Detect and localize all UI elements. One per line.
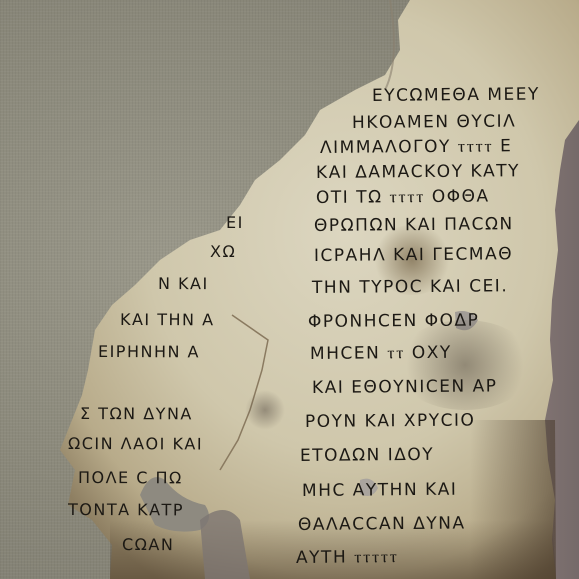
text-line: ΕΙ bbox=[226, 213, 244, 232]
text-line: ΟΤΙ ΤΩ ⲧⲧⲧⲧ ΟΦΘΑ bbox=[316, 186, 490, 208]
text-line: ΜΗC ΑΥΤΗΝ ΚΑΙ bbox=[302, 480, 457, 501]
text-line: ΙCΡΑΗΛ ΚΑΙ ΓΕCΜΑΘ bbox=[314, 244, 513, 266]
text-line: ΑΥΤΗ ⲧⲧⲧⲧⲧ bbox=[296, 547, 399, 568]
text-line: ΧΩ bbox=[210, 242, 236, 261]
text-line: Σ ΤΩΝ ΔΥΝΑ bbox=[80, 404, 193, 423]
text-line: ΩCΙΝ ΛΑΟΙ ΚΑΙ bbox=[68, 434, 203, 453]
text-line: ΘΑΛΑCCΑΝ ΔΥΝΑ bbox=[298, 514, 466, 535]
text-line: ΘΡΩΠΩΝ ΚΑΙ ΠΑCΩΝ bbox=[314, 214, 514, 236]
text-line: ΤΟΝΤΑ ΚΑΤΡ bbox=[68, 500, 184, 519]
text-line: ΛΙΜΜΑΛΟΓΟΥ ⲧⲧⲧⲧ Ε bbox=[320, 136, 513, 158]
text-line: ΜΗCΕΝ ⲧⲧ ΟΧΥ bbox=[310, 343, 452, 364]
text-line: CΩΑΝ bbox=[122, 535, 174, 554]
text-line: ΕΥCΩΜΕΘΑ ΜΕΕΥ bbox=[372, 85, 540, 106]
text-line: Ν ΚΑΙ bbox=[158, 274, 209, 293]
text-line: ΚΑΙ ΤΗΝ Α bbox=[120, 310, 215, 329]
text-line: ΕΙΡΗΝΗΝ Α bbox=[98, 342, 200, 361]
text-line: ΗΚΟΑΜΕΝ ΘΥCΙΛ bbox=[352, 112, 516, 133]
photo-scene: ΕΥCΩΜΕΘΑ ΜΕΕΥ ΗΚΟΑΜΕΝ ΘΥCΙΛ ΛΙΜΜΑΛΟΓΟΥ ⲧ… bbox=[0, 0, 579, 579]
text-line: ΚΑΙ ΕΘΟΥΝΙCΕΝ ΑΡ bbox=[312, 376, 498, 398]
text-line: ΤΗΝ ΤΥΡΟC ΚΑΙ CΕΙ. bbox=[312, 276, 508, 298]
text-line: ΚΑΙ ΔΑΜΑCΚΟΥ ΚΑΤΥ bbox=[316, 161, 520, 183]
text-line: ΠΟΛΕ C ΠΩ bbox=[78, 468, 183, 487]
text-line: ΦΡΟΝΗCΕΝ ΦΟΔΡ bbox=[308, 311, 480, 332]
text-line: ΡΟΥΝ ΚΑΙ ΧΡΥCΙΟ bbox=[305, 411, 476, 432]
text-line: ΕΤΟΔΩΝ ΙΔΟΥ bbox=[300, 445, 434, 466]
